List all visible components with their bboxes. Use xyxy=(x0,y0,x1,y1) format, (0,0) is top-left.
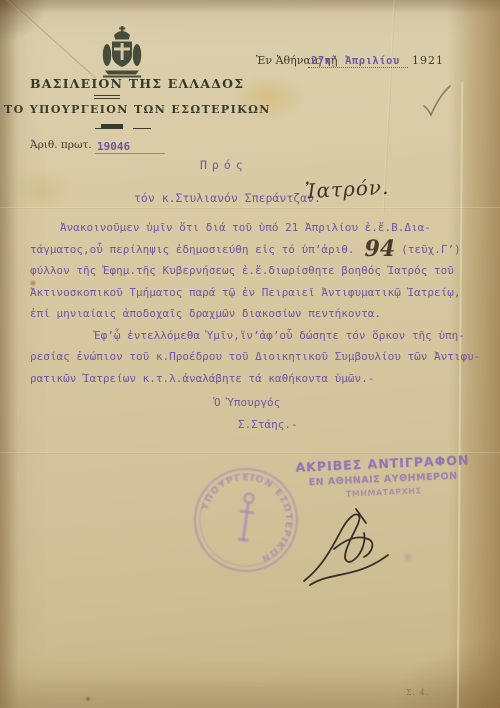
body-line: ἐπί μηνιαίαις ἀποδοχαῖς δραχμῶν διακοσίω… xyxy=(30,303,476,325)
closing-title: Ὁ Ὑπουργός xyxy=(214,396,280,409)
closing-minister-name: Σ.Στάης.- xyxy=(238,418,298,431)
letterhead-rule xyxy=(94,95,120,99)
recipient-name-typed: τόν κ.Στυλιανόν Σπεράντζαν. xyxy=(134,191,321,205)
checkmark-icon xyxy=(420,84,454,118)
body-line: φύλλον τῆς Ἐφημ.τῆς Κυβερνήσεως ἐ.ἔ.διωρ… xyxy=(30,260,476,282)
protocol-label: Ἀριθ. πρωτ. xyxy=(30,139,92,151)
body-line: τάγματος,οὗ περίληψις ἐδημοσιεύθη εἰς τό… xyxy=(30,239,476,261)
protocol-number: 19046 xyxy=(97,140,130,153)
letterhead-kingdom-title: ΒΑΣΙΛΕΙΟΝ ΤΗΣ ΕΛΛΑΔΟΣ xyxy=(30,76,182,91)
pencil-footnote: Σ. 4. xyxy=(406,688,429,697)
dateline-year: 1921 xyxy=(412,54,444,67)
body-line: ρατικῶν Ἰατρείων κ.τ.λ.ἀναλάβητε τά καθή… xyxy=(30,368,476,390)
dateline-typed-date: 27η’ Ἀπριλίου xyxy=(311,55,400,67)
body-line-text: τάγματος,οὗ περίληψις ἐδημοσιεύθη εἰς τό… xyxy=(30,243,355,256)
coat-of-arms-icon xyxy=(101,26,143,78)
protocol-underline xyxy=(95,153,165,154)
letter-body: Ἀνακοινοῦμεν ὑμῖν ὅτι διά τοῦ ὑπό 21 Ἀπρ… xyxy=(30,217,476,389)
body-line-text: (τεῦχ.Γ’) xyxy=(401,243,461,256)
handwritten-gazette-number: 94 xyxy=(365,236,396,262)
body-line: ρεσίας ἐνώπιον τοῦ κ.Προέδρου τοῦ Διοικη… xyxy=(30,346,476,368)
certified-copy-stamp: ΑΚΡΙΒΕΣ ΑΝΤΙΓΡΑΦΟΝ ΕΝ ΑΘΗΝΑΙΣ ΑΥΘΗΜΕΡΟΝ … xyxy=(290,452,476,501)
secretary-signature xyxy=(296,503,400,591)
recipient-title-handwritten: Ἰατρόν. xyxy=(304,175,389,203)
body-line: Ἀκτινοσκοπικοῦ Τμήματος παρά τῷ ἐν Πειρα… xyxy=(30,282,476,304)
recipient-heading: Πρός xyxy=(200,158,248,172)
letterhead-divider xyxy=(101,124,123,129)
body-line: Ἀνακοινοῦμεν ὑμῖν ὅτι διά τοῦ ὑπό 21 Ἀπρ… xyxy=(30,217,476,239)
body-line: Ἐφ’ᾧ ἐντελλόμεθα Ὑμῖν,ἵν’ἀφ’οὗ δώσητε τό… xyxy=(30,325,476,347)
letterhead-ministry-title: ΤΟ ΥΠΟΥΡΓΕΙΟΝ ΤΩΝ ΕΣΩΤΕΡΙΚΩΝ xyxy=(4,103,234,116)
document-photo: ΒΑΣΙΛΕΙΟΝ ΤΗΣ ΕΛΛΑΔΟΣ ΤΟ ΥΠΟΥΡΓΕΙΟΝ ΤΩΝ … xyxy=(0,0,500,708)
